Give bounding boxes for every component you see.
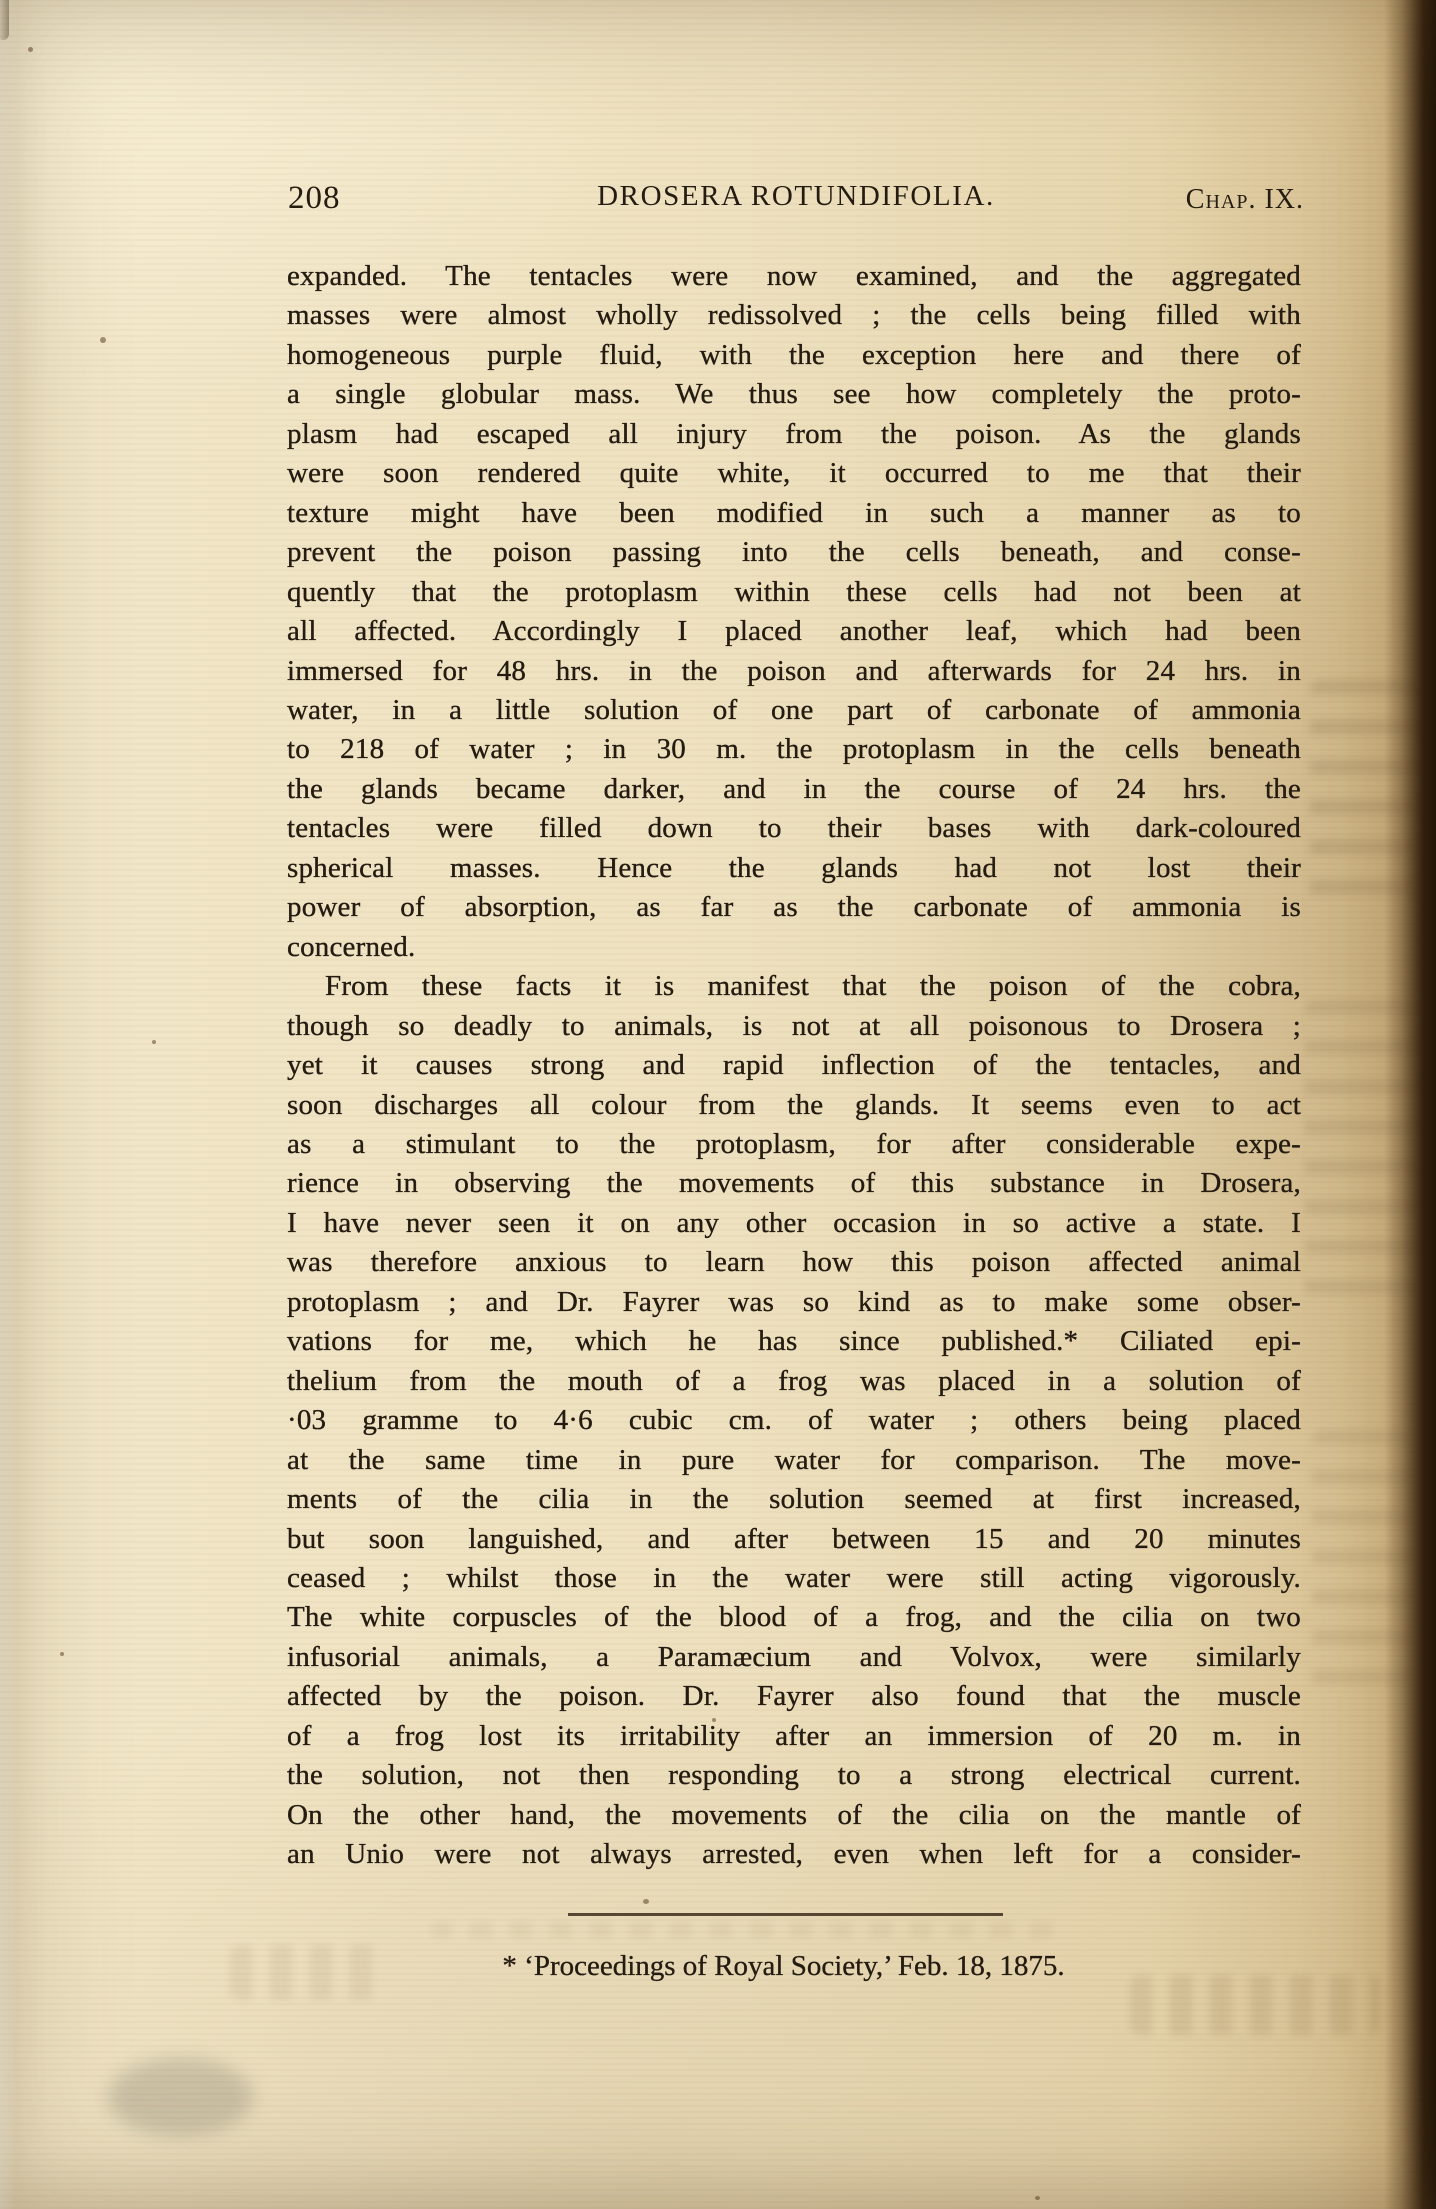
footnote: * ‘Proceedings of Royal Society,’ Feb. 1… — [276, 1950, 1291, 1983]
book-page: 208 DROSERA ROTUNDIFOLIA. Chap. IX. expa… — [0, 0, 1436, 2209]
text-line: ceased ; whilst those in the water were … — [287, 1559, 1301, 1598]
text-line: affected by the poison. Dr. Fayrer also … — [287, 1677, 1301, 1716]
text-line: plasm had escaped all injury from the po… — [287, 415, 1301, 454]
text-line: texture might have been modified in such… — [287, 494, 1301, 533]
text-line: infusorial animals, a Paramæcium and Vol… — [287, 1638, 1301, 1677]
text-line: homogeneous purple fluid, with the excep… — [287, 336, 1301, 375]
text-line: power of absorption, as far as the carbo… — [287, 888, 1301, 927]
running-title: DROSERA ROTUNDIFOLIA. — [288, 180, 1304, 213]
text-line: ·03 gramme to 4·6 cubic cm. of water ; o… — [287, 1401, 1301, 1440]
right-page-edge — [1384, 0, 1436, 2209]
text-line: masses were almost wholly redissolved ; … — [287, 296, 1301, 335]
body-text: expanded. The tentacles were now examine… — [287, 257, 1301, 1875]
text-line: the solution, not then responding to a s… — [287, 1756, 1301, 1795]
text-line: though so deadly to animals, is not at a… — [287, 1007, 1301, 1046]
text-line: as a stimulant to the protoplasm, for af… — [287, 1125, 1301, 1164]
text-line: yet it causes strong and rapid inflectio… — [287, 1046, 1301, 1085]
bottom-left-smudge — [108, 2058, 253, 2136]
dust-speck — [1035, 2196, 1040, 2200]
text-line: From these facts it is manifest that the… — [287, 967, 1301, 1006]
dust-speck — [28, 47, 33, 52]
dust-speck — [152, 1040, 156, 1044]
text-line: expanded. The tentacles were now examine… — [287, 257, 1301, 296]
text-line: thelium from the mouth of a frog was pla… — [287, 1362, 1301, 1401]
text-line: quently that the protoplasm within these… — [287, 573, 1301, 612]
left-page-edge — [0, 0, 16, 2209]
text-line: vations for me, which he has since publi… — [287, 1322, 1301, 1361]
text-line: was therefore anxious to learn how this … — [287, 1243, 1301, 1282]
dust-speck — [643, 1899, 649, 1904]
text-line: ments of the cilia in the solution seeme… — [287, 1480, 1301, 1519]
text-line: to 218 of water ; in 30 m. the protoplas… — [287, 730, 1301, 769]
text-line: protoplasm ; and Dr. Fayrer was so kind … — [287, 1283, 1301, 1322]
text-line: the glands became darker, and in the cou… — [287, 770, 1301, 809]
text-line: tentacles were filled down to their base… — [287, 809, 1301, 848]
text-line: On the other hand, the movements of the … — [287, 1796, 1301, 1835]
text-line: The white corpuscles of the blood of a f… — [287, 1598, 1301, 1637]
text-line: prevent the poison passing into the cell… — [287, 533, 1301, 572]
showthrough-above-rule — [430, 1922, 1070, 1938]
text-line: immersed for 48 hrs. in the poison and a… — [287, 652, 1301, 691]
text-line: at the same time in pure water for compa… — [287, 1441, 1301, 1480]
dust-speck — [100, 337, 106, 343]
text-line: spherical masses. Hence the glands had n… — [287, 849, 1301, 888]
dust-speck — [60, 1652, 64, 1656]
text-line: an Unio were not always arrested, even w… — [287, 1835, 1301, 1874]
text-line: rience in observing the movements of thi… — [287, 1164, 1301, 1203]
showthrough-footnote-right — [1130, 1975, 1380, 2035]
page-header: 208 DROSERA ROTUNDIFOLIA. Chap. IX. — [288, 180, 1304, 217]
text-line: I have never seen it on any other occasi… — [287, 1204, 1301, 1243]
dust-speck — [712, 1718, 716, 1722]
text-line: were soon rendered quite white, it occur… — [287, 454, 1301, 493]
text-line: but soon languished, and after between 1… — [287, 1520, 1301, 1559]
text-line: a single globular mass. We thus see how … — [287, 375, 1301, 414]
text-line: concerned. — [287, 928, 1301, 967]
footnote-divider — [568, 1913, 1003, 1916]
text-line: of a frog lost its irritability after an… — [287, 1717, 1301, 1756]
text-line: water, in a little solution of one part … — [287, 691, 1301, 730]
text-line: soon discharges all colour from the glan… — [287, 1086, 1301, 1125]
text-line: all affected. Accordingly I placed anoth… — [287, 612, 1301, 651]
